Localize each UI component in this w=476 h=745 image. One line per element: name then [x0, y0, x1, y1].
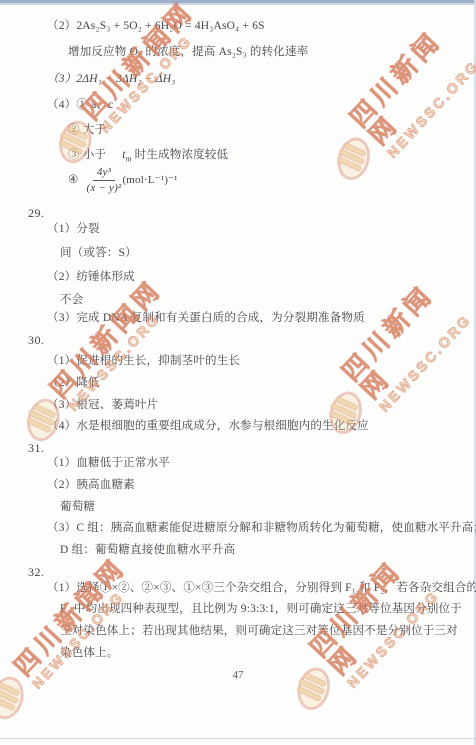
answer-30-1: （1）促进根的生长，抑制茎叶的生长	[47, 354, 240, 369]
newssc-logo-icon	[319, 125, 385, 191]
answer-31-3: （3）C 组：胰高血糖素能促进糖原分解和非糖物质转化为葡萄糖，使血糖水平升高；	[47, 521, 476, 536]
fraction-denominator: (x − y)²	[87, 181, 122, 195]
answer-28-4-3-reason: 时生成物浓度较低	[132, 149, 229, 161]
question-31-number: 31.	[28, 441, 45, 456]
scanned-answer-page: （2）2As₂S₃ + 5O₂ + 6H₂O = 4H₃AsO₄ + 6S 增加…	[0, 0, 476, 745]
answer-30-2: （2）降低	[47, 376, 100, 391]
answer-31-3b: D 组：葡萄糖直接使血糖水平升高	[60, 543, 235, 558]
answer-32-1-line1: （1）选择①×②、②×③、①×③三个杂交组合，分别得到 F₁ 和 F₂，若各杂交…	[47, 581, 476, 596]
newssc-logo-icon	[311, 379, 377, 445]
answer-28-4-4: ④ 4y³ (x − y)² (mol·L⁻¹)⁻¹	[68, 166, 178, 195]
answer-32-1-line3: 三对染色体上；若出现其他结果，则可确定这三对等位基因不是分别位于三对	[60, 624, 458, 639]
answer-29-1b: 间（或答：S）	[60, 246, 137, 261]
answer-28-4-2: ② 大于	[68, 123, 106, 138]
fraction-numerator: 4y³	[93, 166, 115, 181]
answer-29-2b: 不会	[60, 293, 83, 308]
watermark-cn-text: 四川新闻网	[347, 22, 472, 151]
answer-29-2: （2）纺锤体形成	[47, 270, 135, 285]
answer-31-2b: 葡萄糖	[60, 500, 95, 515]
watermark-cn-text: 四川新闻网	[339, 276, 464, 405]
answer-28-2-equation: （2）2As₂S₃ + 5O₂ + 6H₂O = 4H₃AsO₄ + 6S	[47, 19, 265, 34]
scan-top-edge-soft	[0, 3, 476, 5]
answer-31-2: （2）胰高血糖素	[47, 478, 135, 493]
circled-4-marker: ④	[68, 173, 79, 188]
answer-29-3: （3）完成 DNA 复制和有关蛋白质的合成，为分裂期准备物质	[47, 311, 365, 326]
newssc-logo-icon	[279, 655, 345, 721]
page-number: 47	[0, 669, 476, 681]
answer-28-4-3-choice: ③ 小于	[68, 149, 106, 161]
fraction: 4y³ (x − y)²	[87, 166, 122, 195]
watermark-en-text: NEWSSC.ORG	[385, 58, 476, 161]
watermark: 四川新闻网 NEWSSC.ORG	[0, 551, 145, 730]
answer-30-3: （3）根冠、萎蔫叶片	[47, 398, 158, 413]
answer-32-1-line2: F₂ 中均出现四种表现型，且比例为 9:3:3:1，则可确定这三对等位基因分别位…	[60, 602, 462, 617]
answer-28-2-explanation: 增加反应物 O₂ 的浓度，提高 As₂S₃ 的转化速率	[68, 45, 308, 60]
question-32-number: 32.	[28, 565, 45, 580]
fraction-units: (mol·L⁻¹)⁻¹	[122, 173, 177, 188]
scan-bottom-edge	[0, 738, 476, 739]
answer-31-1: （1）血糖低于正常水平	[47, 456, 170, 471]
answer-29-1: （1）分裂	[47, 222, 100, 237]
answer-28-3: （3）2ΔH₁ − 3ΔH₂ − ΔH₃	[47, 72, 175, 87]
answer-30-4: （4）水是根细胞的重要组成成分，水参与根细胞内的生化反应	[47, 419, 369, 434]
question-30-number: 30.	[28, 333, 45, 348]
answer-28-4-1: （4）① a、c	[47, 98, 113, 113]
t-symbol: tm	[122, 149, 131, 161]
answer-32-1-line4: 染色体上。	[60, 646, 119, 661]
answer-28-4-3: ③ 小于tm 时生成物浓度较低	[68, 148, 228, 166]
watermark: 四川新闻网 NEWSSC.ORG	[312, 22, 476, 197]
question-29-number: 29.	[28, 206, 45, 221]
watermark-en-text: NEWSSC.ORG	[377, 312, 475, 415]
